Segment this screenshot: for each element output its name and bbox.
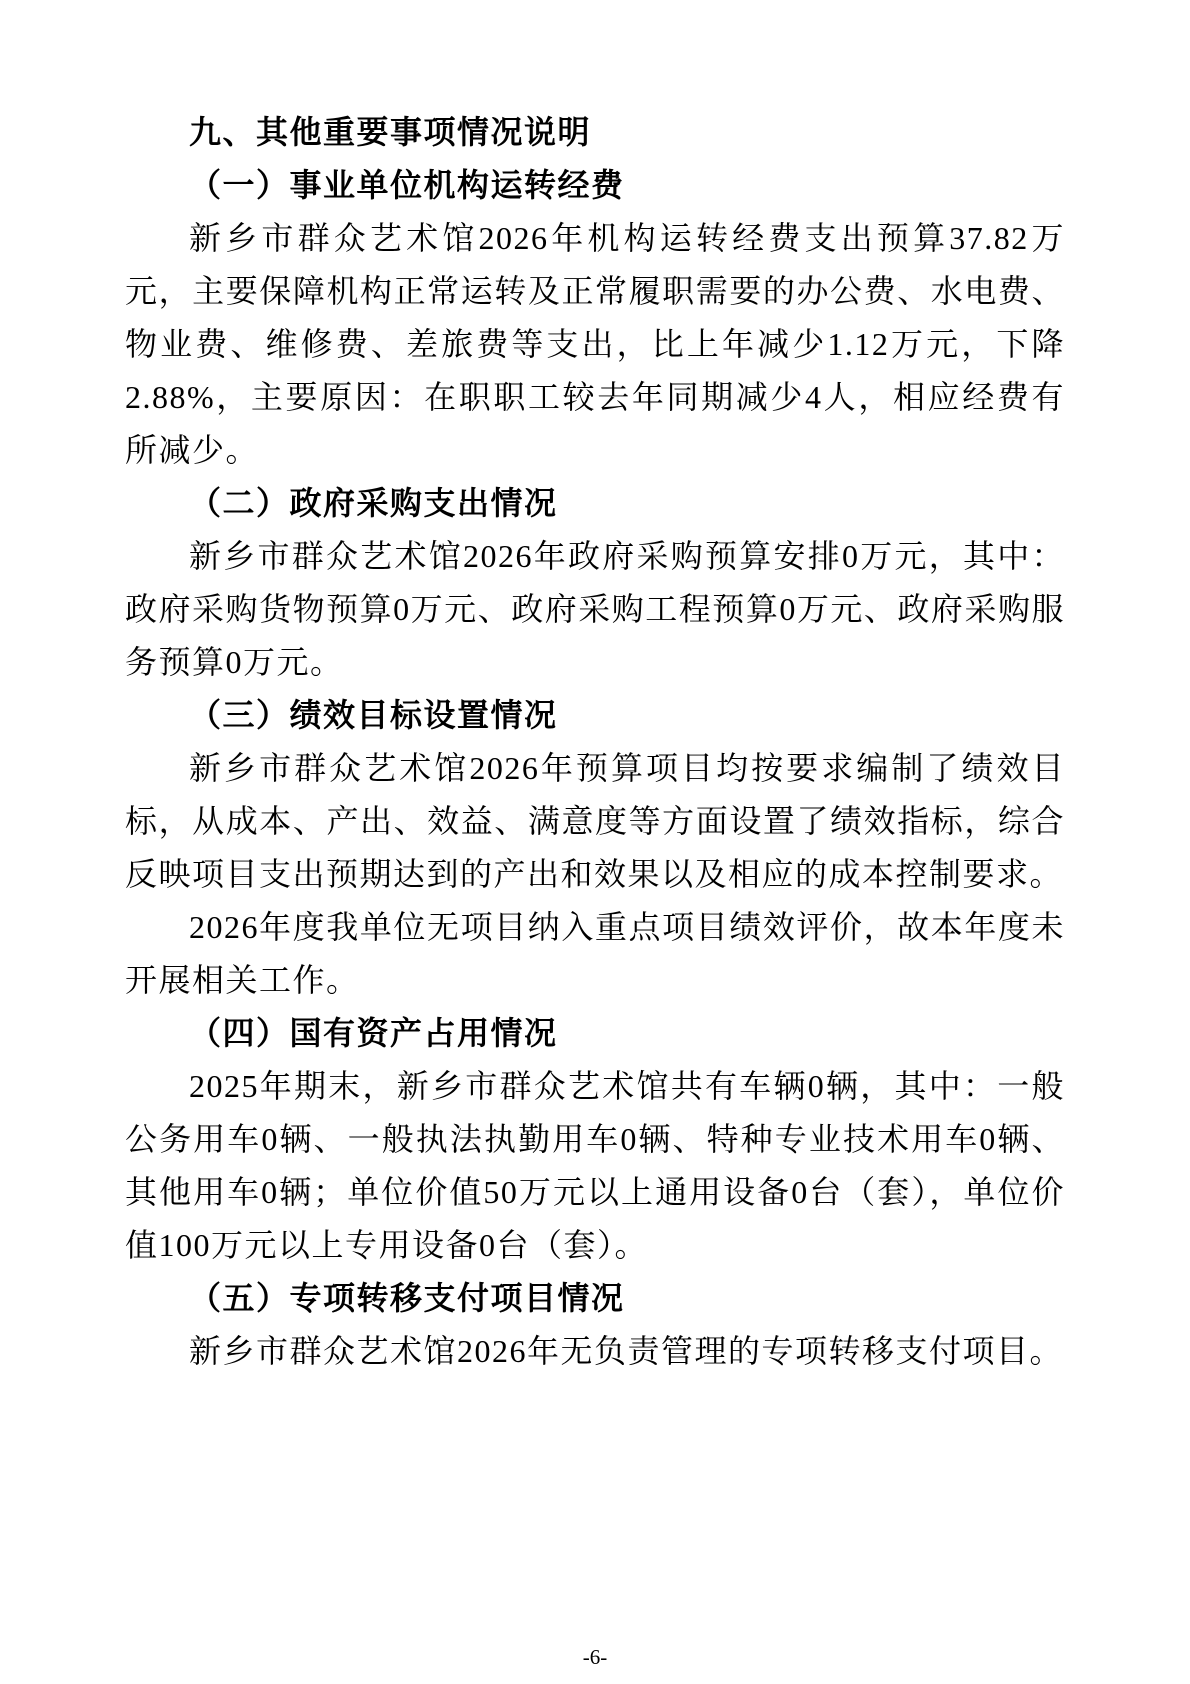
subsection-3-paragraph-1: 新乡市群众艺术馆2026年预算项目均按要求编制了绩效目标，从成本、产出、效益、满… [125, 742, 1065, 901]
page-number: -6- [583, 1645, 608, 1669]
subsection-5-paragraph-1: 新乡市群众艺术馆2026年无负责管理的专项转移支付项目。 [125, 1325, 1065, 1378]
subsection-4-title: （四）国有资产占用情况 [125, 1007, 1065, 1060]
subsection-1-paragraph-1: 新乡市群众艺术馆2026年机构运转经费支出预算37.82万元，主要保障机构正常运… [125, 212, 1065, 477]
subsection-3-title: （三）绩效目标设置情况 [125, 689, 1065, 742]
subsection-3-paragraph-2: 2026年度我单位无项目纳入重点项目绩效评价，故本年度未开展相关工作。 [125, 901, 1065, 1007]
document-page: 九、其他重要事项情况说明 （一）事业单位机构运转经费 新乡市群众艺术馆2026年… [0, 0, 1190, 1684]
subsection-5-title: （五）专项转移支付项目情况 [125, 1272, 1065, 1325]
subsection-1-title: （一）事业单位机构运转经费 [125, 159, 1065, 212]
subsection-2-paragraph-1: 新乡市群众艺术馆2026年政府采购预算安排0万元，其中：政府采购货物预算0万元、… [125, 530, 1065, 689]
subsection-2-title: （二）政府采购支出情况 [125, 477, 1065, 530]
page-footer: -6- [0, 1644, 1190, 1670]
section-heading: 九、其他重要事项情况说明 [125, 106, 1065, 159]
document-body: 九、其他重要事项情况说明 （一）事业单位机构运转经费 新乡市群众艺术馆2026年… [125, 106, 1065, 1378]
subsection-4-paragraph-1: 2025年期末，新乡市群众艺术馆共有车辆0辆，其中：一般公务用车0辆、一般执法执… [125, 1060, 1065, 1272]
